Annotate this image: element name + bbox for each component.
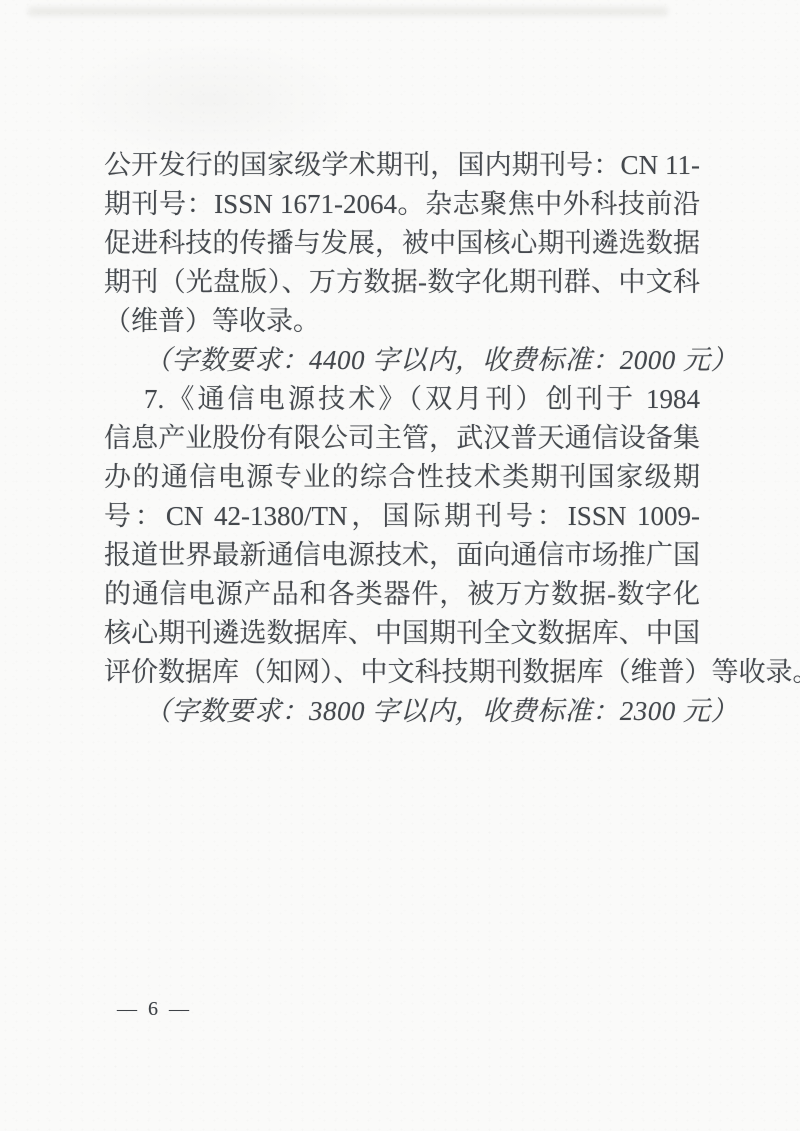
fee-note-line: （字数要求：4400 字以内，收费标准：2000 元） (104, 341, 700, 380)
scan-artifact-top (28, 7, 668, 16)
body-line: 办的通信电源专业的综合性技术类期刊国家级期刊，国内期刊 (104, 458, 700, 497)
body-line: 报道世界最新通信电源技术，面向通信市场推广国内外有竞争力 (104, 536, 700, 575)
fee-note-line: （字数要求：3800 字以内，收费标准：2300 元） (104, 692, 700, 731)
page-number: — 6 — (117, 998, 192, 1021)
scan-artifact-shade (60, 40, 360, 160)
document-body: 公开发行的国家级学术期刊，国内期刊号：CN 11-4650/N，国际 期刊号：I… (104, 146, 700, 731)
body-line: 促进科技的传播与发展，被中国核心期刊遴选数据库、中国学术 (104, 224, 700, 263)
body-line: （维普）等收录。 (104, 302, 700, 341)
body-line: 信息产业股份有限公司主管，武汉普天通信设备集团有限公司主 (104, 419, 700, 458)
body-line: 号：CN 42-1380/TN，国际期刊号：ISSN 1009-3664。杂志旨… (104, 497, 700, 536)
scanned-document-page: 公开发行的国家级学术期刊，国内期刊号：CN 11-4650/N，国际 期刊号：I… (0, 0, 800, 1131)
body-line: 期刊号：ISSN 1671-2064。杂志聚焦中外科技前沿动态，致力于 (104, 185, 700, 224)
body-line: 的通信电源产品和各类器件，被万方数据-数字化期刊群、中国 (104, 575, 700, 614)
body-line: 核心期刊遴选数据库、中国期刊全文数据库、中国学术期刊综合 (104, 614, 700, 653)
body-line: 评价数据库（知网）、中文科技期刊数据库（维普）等收录。 (104, 653, 700, 692)
body-line paragraph-start: 7.《通信电源技术》（双月刊）创刊于 1984 年，由中国普天 (104, 380, 700, 419)
body-line: 公开发行的国家级学术期刊，国内期刊号：CN 11-4650/N，国际 (104, 146, 700, 185)
body-line: 期刊（光盘版）、万方数据-数字化期刊群、中文科技期刊数据库 (104, 263, 700, 302)
